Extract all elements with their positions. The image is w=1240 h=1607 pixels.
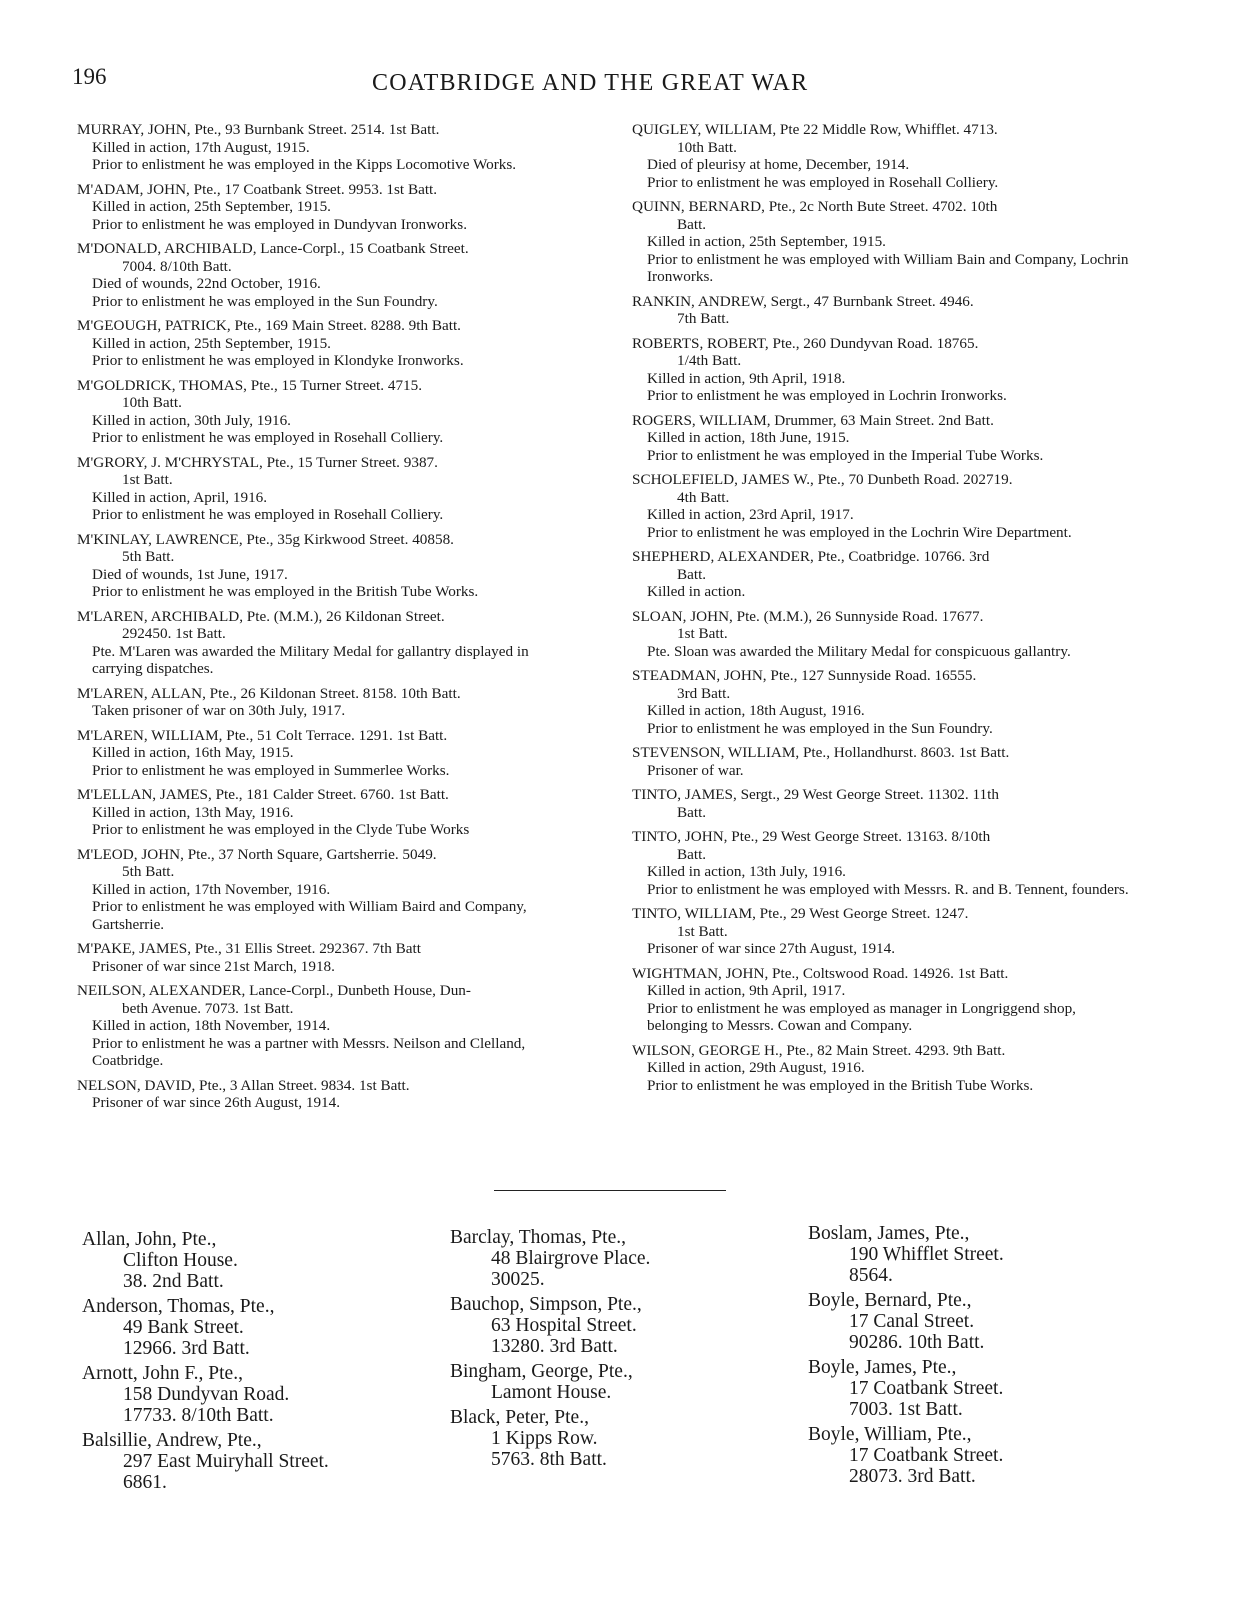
entry-detail: Killed in action, April, 1916. xyxy=(77,489,583,507)
casualty-entry: M'KINLAY, LAWRENCE, Pte., 35g Kirkwood S… xyxy=(77,531,583,601)
roll-name: Bingham, George, Pte., xyxy=(450,1361,650,1382)
entry-heading: WIGHTMAN, JOHN, Pte., Coltswood Road. 14… xyxy=(632,965,1138,983)
entry-detail: Prior to enlistment he was employed in t… xyxy=(77,293,583,311)
casualty-entry: ROBERTS, ROBERT, Pte., 260 Dundyvan Road… xyxy=(632,335,1138,405)
casualty-entry: NEILSON, ALEXANDER, Lance-Corpl., Dunbet… xyxy=(77,982,583,1070)
roll-detail: 49 Bank Street. xyxy=(82,1317,329,1338)
entry-detail: Prior to enlistment he was employed with… xyxy=(632,881,1138,899)
entry-heading-continuation: 1st Batt. xyxy=(77,471,583,489)
casualty-entry: M'GOLDRICK, THOMAS, Pte., 15 Turner Stre… xyxy=(77,377,583,447)
entry-heading: NEILSON, ALEXANDER, Lance-Corpl., Dunbet… xyxy=(77,982,583,1000)
entry-heading: STEADMAN, JOHN, Pte., 127 Sunnyside Road… xyxy=(632,667,1138,685)
entry-detail: Prisoner of war since 26th August, 1914. xyxy=(77,1094,583,1112)
entry-detail: Died of pleurisy at home, December, 1914… xyxy=(632,156,1138,174)
entry-detail: Prior to enlistment he was employed in t… xyxy=(77,821,583,839)
casualty-entry: M'LELLAN, JAMES, Pte., 181 Calder Street… xyxy=(77,786,583,839)
entry-heading: M'LEOD, JOHN, Pte., 37 North Square, Gar… xyxy=(77,846,583,864)
entry-heading: M'DONALD, ARCHIBALD, Lance-Corpl., 15 Co… xyxy=(77,240,583,258)
casualty-entry: SCHOLEFIELD, JAMES W., Pte., 70 Dunbeth … xyxy=(632,471,1138,541)
entry-detail: Killed in action, 9th April, 1918. xyxy=(632,370,1138,388)
roll-entry: Bingham, George, Pte.,Lamont House. xyxy=(450,1361,650,1403)
entry-heading-continuation: 1st Batt. xyxy=(632,923,1138,941)
entry-heading-continuation: 292450. 1st Batt. xyxy=(77,625,583,643)
roll-detail: 48 Blairgrove Place. xyxy=(450,1248,650,1269)
roll-name: Barclay, Thomas, Pte., xyxy=(450,1227,650,1248)
entry-heading-continuation: Batt. xyxy=(632,566,1138,584)
entry-detail: Pte. Sloan was awarded the Military Meda… xyxy=(632,643,1138,661)
entry-heading-continuation: 1st Batt. xyxy=(632,625,1138,643)
entry-heading: QUIGLEY, WILLIAM, Pte 22 Middle Row, Whi… xyxy=(632,121,1138,139)
entry-heading: QUINN, BERNARD, Pte., 2c North Bute Stre… xyxy=(632,198,1138,216)
entry-heading-continuation: 3rd Batt. xyxy=(632,685,1138,703)
entry-detail: Killed in action, 16th May, 1915. xyxy=(77,744,583,762)
entry-heading-continuation: 10th Batt. xyxy=(77,394,583,412)
roll-name: Black, Peter, Pte., xyxy=(450,1407,650,1428)
casualty-entry: M'GRORY, J. M'CHRYSTAL, Pte., 15 Turner … xyxy=(77,454,583,524)
entry-heading: WILSON, GEORGE H., Pte., 82 Main Street.… xyxy=(632,1042,1138,1060)
entry-heading-continuation: Batt. xyxy=(632,216,1138,234)
entry-heading: M'GEOUGH, PATRICK, Pte., 169 Main Street… xyxy=(77,317,583,335)
entry-heading-continuation: Batt. xyxy=(632,846,1138,864)
entry-detail: Killed in action. xyxy=(632,583,1138,601)
entry-heading-continuation: 1/4th Batt. xyxy=(632,352,1138,370)
entry-heading: MURRAY, JOHN, Pte., 93 Burnbank Street. … xyxy=(77,121,583,139)
entry-detail: Prior to enlistment he was employed in t… xyxy=(632,720,1138,738)
roll-name: Boyle, James, Pte., xyxy=(808,1357,1004,1378)
entry-detail: Prior to enlistment he was employed in D… xyxy=(77,216,583,234)
running-title: COATBRIDGE AND THE GREAT WAR xyxy=(372,70,808,97)
casualty-entry: M'LAREN, ALLAN, Pte., 26 Kildonan Street… xyxy=(77,685,583,720)
entry-detail: Prior to enlistment he was employed in t… xyxy=(632,1077,1138,1095)
entry-heading: RANKIN, ANDREW, Sergt., 47 Burnbank Stre… xyxy=(632,293,1138,311)
roll-detail: 38. 2nd Batt. xyxy=(82,1271,329,1292)
entry-detail: Prior to enlistment he was employed with… xyxy=(77,898,583,933)
roll-detail: 17 Coatbank Street. xyxy=(808,1445,1004,1466)
casualty-entry: STEVENSON, WILLIAM, Pte., Hollandhurst. … xyxy=(632,744,1138,779)
entry-detail: Killed in action, 17th November, 1916. xyxy=(77,881,583,899)
roll-name: Balsillie, Andrew, Pte., xyxy=(82,1430,329,1451)
casualty-entry: SLOAN, JOHN, Pte. (M.M.), 26 Sunnyside R… xyxy=(632,608,1138,661)
roll-detail: 12966. 3rd Batt. xyxy=(82,1338,329,1359)
casualty-entry: TINTO, JOHN, Pte., 29 West George Street… xyxy=(632,828,1138,898)
roll-detail: 158 Dundyvan Road. xyxy=(82,1384,329,1405)
roll-name: Bauchop, Simpson, Pte., xyxy=(450,1294,650,1315)
roll-entry: Anderson, Thomas, Pte.,49 Bank Street.12… xyxy=(82,1296,329,1359)
entry-detail: Prior to enlistment he was employed in t… xyxy=(632,524,1138,542)
roll-detail: 63 Hospital Street. xyxy=(450,1315,650,1336)
entry-heading-continuation: 10th Batt. xyxy=(632,139,1138,157)
casualty-entry: WIGHTMAN, JOHN, Pte., Coltswood Road. 14… xyxy=(632,965,1138,1035)
casualty-entry: M'PAKE, JAMES, Pte., 31 Ellis Street. 29… xyxy=(77,940,583,975)
entry-detail: Killed in action, 23rd April, 1917. xyxy=(632,506,1138,524)
entry-heading: ROBERTS, ROBERT, Pte., 260 Dundyvan Road… xyxy=(632,335,1138,353)
section-divider xyxy=(494,1190,726,1191)
roll-detail: 297 East Muiryhall Street. xyxy=(82,1451,329,1472)
entry-detail: Killed in action, 18th November, 1914. xyxy=(77,1017,583,1035)
entry-detail: Killed in action, 9th April, 1917. xyxy=(632,982,1138,1000)
entry-detail: Prior to enlistment he was employed in t… xyxy=(77,583,583,601)
roll-name: Allan, John, Pte., xyxy=(82,1229,329,1250)
roll-entry: Barclay, Thomas, Pte.,48 Blairgrove Plac… xyxy=(450,1227,650,1290)
entry-heading-continuation: 5th Batt. xyxy=(77,548,583,566)
entry-heading-continuation: Batt. xyxy=(632,804,1138,822)
entry-detail: Prior to enlistment he was employed in t… xyxy=(632,447,1138,465)
entry-detail: Prior to enlistment he was employed in R… xyxy=(77,506,583,524)
roll-list-column-3: Boslam, James, Pte.,190 Whifflet Street.… xyxy=(808,1223,1004,1491)
entry-heading: M'LELLAN, JAMES, Pte., 181 Calder Street… xyxy=(77,786,583,804)
entry-heading: TINTO, JAMES, Sergt., 29 West George Str… xyxy=(632,786,1138,804)
entry-heading: M'ADAM, JOHN, Pte., 17 Coatbank Street. … xyxy=(77,181,583,199)
entry-detail: Killed in action, 18th June, 1915. xyxy=(632,429,1138,447)
roll-entry: Bauchop, Simpson, Pte.,63 Hospital Stree… xyxy=(450,1294,650,1357)
roll-entry: Allan, John, Pte.,Clifton House.38. 2nd … xyxy=(82,1229,329,1292)
entry-detail: Prior to enlistment he was employed in S… xyxy=(77,762,583,780)
roll-entry: Boyle, James, Pte.,17 Coatbank Street.70… xyxy=(808,1357,1004,1420)
entry-detail: Killed in action, 30th July, 1916. xyxy=(77,412,583,430)
roll-detail: 17 Canal Street. xyxy=(808,1311,1004,1332)
entry-heading-continuation: 5th Batt. xyxy=(77,863,583,881)
entry-detail: Prisoner of war. xyxy=(632,762,1138,780)
entry-heading: M'PAKE, JAMES, Pte., 31 Ellis Street. 29… xyxy=(77,940,583,958)
roll-list-column-1: Allan, John, Pte.,Clifton House.38. 2nd … xyxy=(82,1229,329,1497)
entry-detail: Died of wounds, 1st June, 1917. xyxy=(77,566,583,584)
entry-detail: Taken prisoner of war on 30th July, 1917… xyxy=(77,702,583,720)
entry-heading: NELSON, DAVID, Pte., 3 Allan Street. 983… xyxy=(77,1077,583,1095)
roll-entry: Balsillie, Andrew, Pte.,297 East Muiryha… xyxy=(82,1430,329,1493)
entry-heading-continuation: 7th Batt. xyxy=(632,310,1138,328)
casualty-entry: M'GEOUGH, PATRICK, Pte., 169 Main Street… xyxy=(77,317,583,370)
roll-detail: 5763. 8th Batt. xyxy=(450,1449,650,1470)
roll-detail: Clifton House. xyxy=(82,1250,329,1271)
entry-heading: TINTO, WILLIAM, Pte., 29 West George Str… xyxy=(632,905,1138,923)
casualty-entry: M'ADAM, JOHN, Pte., 17 Coatbank Street. … xyxy=(77,181,583,234)
entry-heading: STEVENSON, WILLIAM, Pte., Hollandhurst. … xyxy=(632,744,1138,762)
casualty-entry: TINTO, WILLIAM, Pte., 29 West George Str… xyxy=(632,905,1138,958)
page-number: 196 xyxy=(72,64,107,90)
roll-entry: Arnott, John F., Pte.,158 Dundyvan Road.… xyxy=(82,1363,329,1426)
roll-detail: 30025. xyxy=(450,1269,650,1290)
entry-detail: Prior to enlistment he was employed in K… xyxy=(77,352,583,370)
casualty-entry: MURRAY, JOHN, Pte., 93 Burnbank Street. … xyxy=(77,121,583,174)
roll-detail: 90286. 10th Batt. xyxy=(808,1332,1004,1353)
right-column: QUIGLEY, WILLIAM, Pte 22 Middle Row, Whi… xyxy=(632,121,1138,1101)
casualty-entry: QUINN, BERNARD, Pte., 2c North Bute Stre… xyxy=(632,198,1138,286)
roll-name: Anderson, Thomas, Pte., xyxy=(82,1296,329,1317)
entry-detail: Killed in action, 25th September, 1915. xyxy=(77,198,583,216)
roll-entry: Boyle, Bernard, Pte.,17 Canal Street.902… xyxy=(808,1290,1004,1353)
roll-detail: 190 Whifflet Street. xyxy=(808,1244,1004,1265)
roll-detail: 8564. xyxy=(808,1265,1004,1286)
entry-detail: Prior to enlistment he was employed with… xyxy=(632,251,1138,286)
roll-name: Arnott, John F., Pte., xyxy=(82,1363,329,1384)
entry-detail: Prior to enlistment he was employed as m… xyxy=(632,1000,1138,1035)
roll-detail: 6861. xyxy=(82,1472,329,1493)
entry-heading: M'LAREN, ARCHIBALD, Pte. (M.M.), 26 Kild… xyxy=(77,608,583,626)
roll-detail: Lamont House. xyxy=(450,1382,650,1403)
roll-detail: 28073. 3rd Batt. xyxy=(808,1466,1004,1487)
roll-name: Boyle, William, Pte., xyxy=(808,1424,1004,1445)
entry-heading: M'LAREN, WILLIAM, Pte., 51 Colt Terrace.… xyxy=(77,727,583,745)
entry-heading-continuation: 4th Batt. xyxy=(632,489,1138,507)
entry-detail: Killed in action, 29th August, 1916. xyxy=(632,1059,1138,1077)
entry-detail: Killed in action, 18th August, 1916. xyxy=(632,702,1138,720)
entry-detail: Pte. M'Laren was awarded the Military Me… xyxy=(77,643,583,678)
entry-detail: Killed in action, 17th August, 1915. xyxy=(77,139,583,157)
entry-detail: Killed in action, 13th May, 1916. xyxy=(77,804,583,822)
entry-heading: SHEPHERD, ALEXANDER, Pte., Coatbridge. 1… xyxy=(632,548,1138,566)
entry-heading: TINTO, JOHN, Pte., 29 West George Street… xyxy=(632,828,1138,846)
roll-detail: 7003. 1st Batt. xyxy=(808,1399,1004,1420)
casualty-entry: STEADMAN, JOHN, Pte., 127 Sunnyside Road… xyxy=(632,667,1138,737)
entry-heading: ROGERS, WILLIAM, Drummer, 63 Main Street… xyxy=(632,412,1138,430)
casualty-entry: RANKIN, ANDREW, Sergt., 47 Burnbank Stre… xyxy=(632,293,1138,328)
roll-entry: Boslam, James, Pte.,190 Whifflet Street.… xyxy=(808,1223,1004,1286)
roll-detail: 1 Kipps Row. xyxy=(450,1428,650,1449)
casualty-entry: TINTO, JAMES, Sergt., 29 West George Str… xyxy=(632,786,1138,821)
casualty-entry: M'LEOD, JOHN, Pte., 37 North Square, Gar… xyxy=(77,846,583,934)
entry-heading: M'GRORY, J. M'CHRYSTAL, Pte., 15 Turner … xyxy=(77,454,583,472)
roll-detail: 17 Coatbank Street. xyxy=(808,1378,1004,1399)
entry-detail: Prisoner of war since 21st March, 1918. xyxy=(77,958,583,976)
casualty-entry: NELSON, DAVID, Pte., 3 Allan Street. 983… xyxy=(77,1077,583,1112)
entry-detail: Died of wounds, 22nd October, 1916. xyxy=(77,275,583,293)
roll-entry: Boyle, William, Pte.,17 Coatbank Street.… xyxy=(808,1424,1004,1487)
entry-heading: SCHOLEFIELD, JAMES W., Pte., 70 Dunbeth … xyxy=(632,471,1138,489)
entry-detail: Prior to enlistment he was a partner wit… xyxy=(77,1035,583,1070)
roll-name: Boslam, James, Pte., xyxy=(808,1223,1004,1244)
roll-name: Boyle, Bernard, Pte., xyxy=(808,1290,1004,1311)
entry-heading: M'KINLAY, LAWRENCE, Pte., 35g Kirkwood S… xyxy=(77,531,583,549)
casualty-entry: M'LAREN, WILLIAM, Pte., 51 Colt Terrace.… xyxy=(77,727,583,780)
roll-entry: Black, Peter, Pte.,1 Kipps Row.5763. 8th… xyxy=(450,1407,650,1470)
roll-detail: 17733. 8/10th Batt. xyxy=(82,1405,329,1426)
entry-heading-continuation: beth Avenue. 7073. 1st Batt. xyxy=(77,1000,583,1018)
entry-detail: Prior to enlistment he was employed in R… xyxy=(77,429,583,447)
entry-detail: Killed in action, 13th July, 1916. xyxy=(632,863,1138,881)
casualty-entry: SHEPHERD, ALEXANDER, Pte., Coatbridge. 1… xyxy=(632,548,1138,601)
entry-heading-continuation: 7004. 8/10th Batt. xyxy=(77,258,583,276)
entry-detail: Killed in action, 25th September, 1915. xyxy=(77,335,583,353)
casualty-entry: ROGERS, WILLIAM, Drummer, 63 Main Street… xyxy=(632,412,1138,465)
casualty-entry: M'LAREN, ARCHIBALD, Pte. (M.M.), 26 Kild… xyxy=(77,608,583,678)
entry-detail: Prior to enlistment he was employed in R… xyxy=(632,174,1138,192)
roll-list-column-2: Barclay, Thomas, Pte.,48 Blairgrove Plac… xyxy=(450,1227,650,1474)
casualty-entry: QUIGLEY, WILLIAM, Pte 22 Middle Row, Whi… xyxy=(632,121,1138,191)
left-column: MURRAY, JOHN, Pte., 93 Burnbank Street. … xyxy=(77,121,583,1119)
entry-detail: Killed in action, 25th September, 1915. xyxy=(632,233,1138,251)
casualty-entry: WILSON, GEORGE H., Pte., 82 Main Street.… xyxy=(632,1042,1138,1095)
entry-heading: SLOAN, JOHN, Pte. (M.M.), 26 Sunnyside R… xyxy=(632,608,1138,626)
entry-heading: M'GOLDRICK, THOMAS, Pte., 15 Turner Stre… xyxy=(77,377,583,395)
entry-detail: Prisoner of war since 27th August, 1914. xyxy=(632,940,1138,958)
entry-detail: Prior to enlistment he was employed in t… xyxy=(77,156,583,174)
entry-detail: Prior to enlistment he was employed in L… xyxy=(632,387,1138,405)
roll-detail: 13280. 3rd Batt. xyxy=(450,1336,650,1357)
entry-heading: M'LAREN, ALLAN, Pte., 26 Kildonan Street… xyxy=(77,685,583,703)
casualty-entry: M'DONALD, ARCHIBALD, Lance-Corpl., 15 Co… xyxy=(77,240,583,310)
